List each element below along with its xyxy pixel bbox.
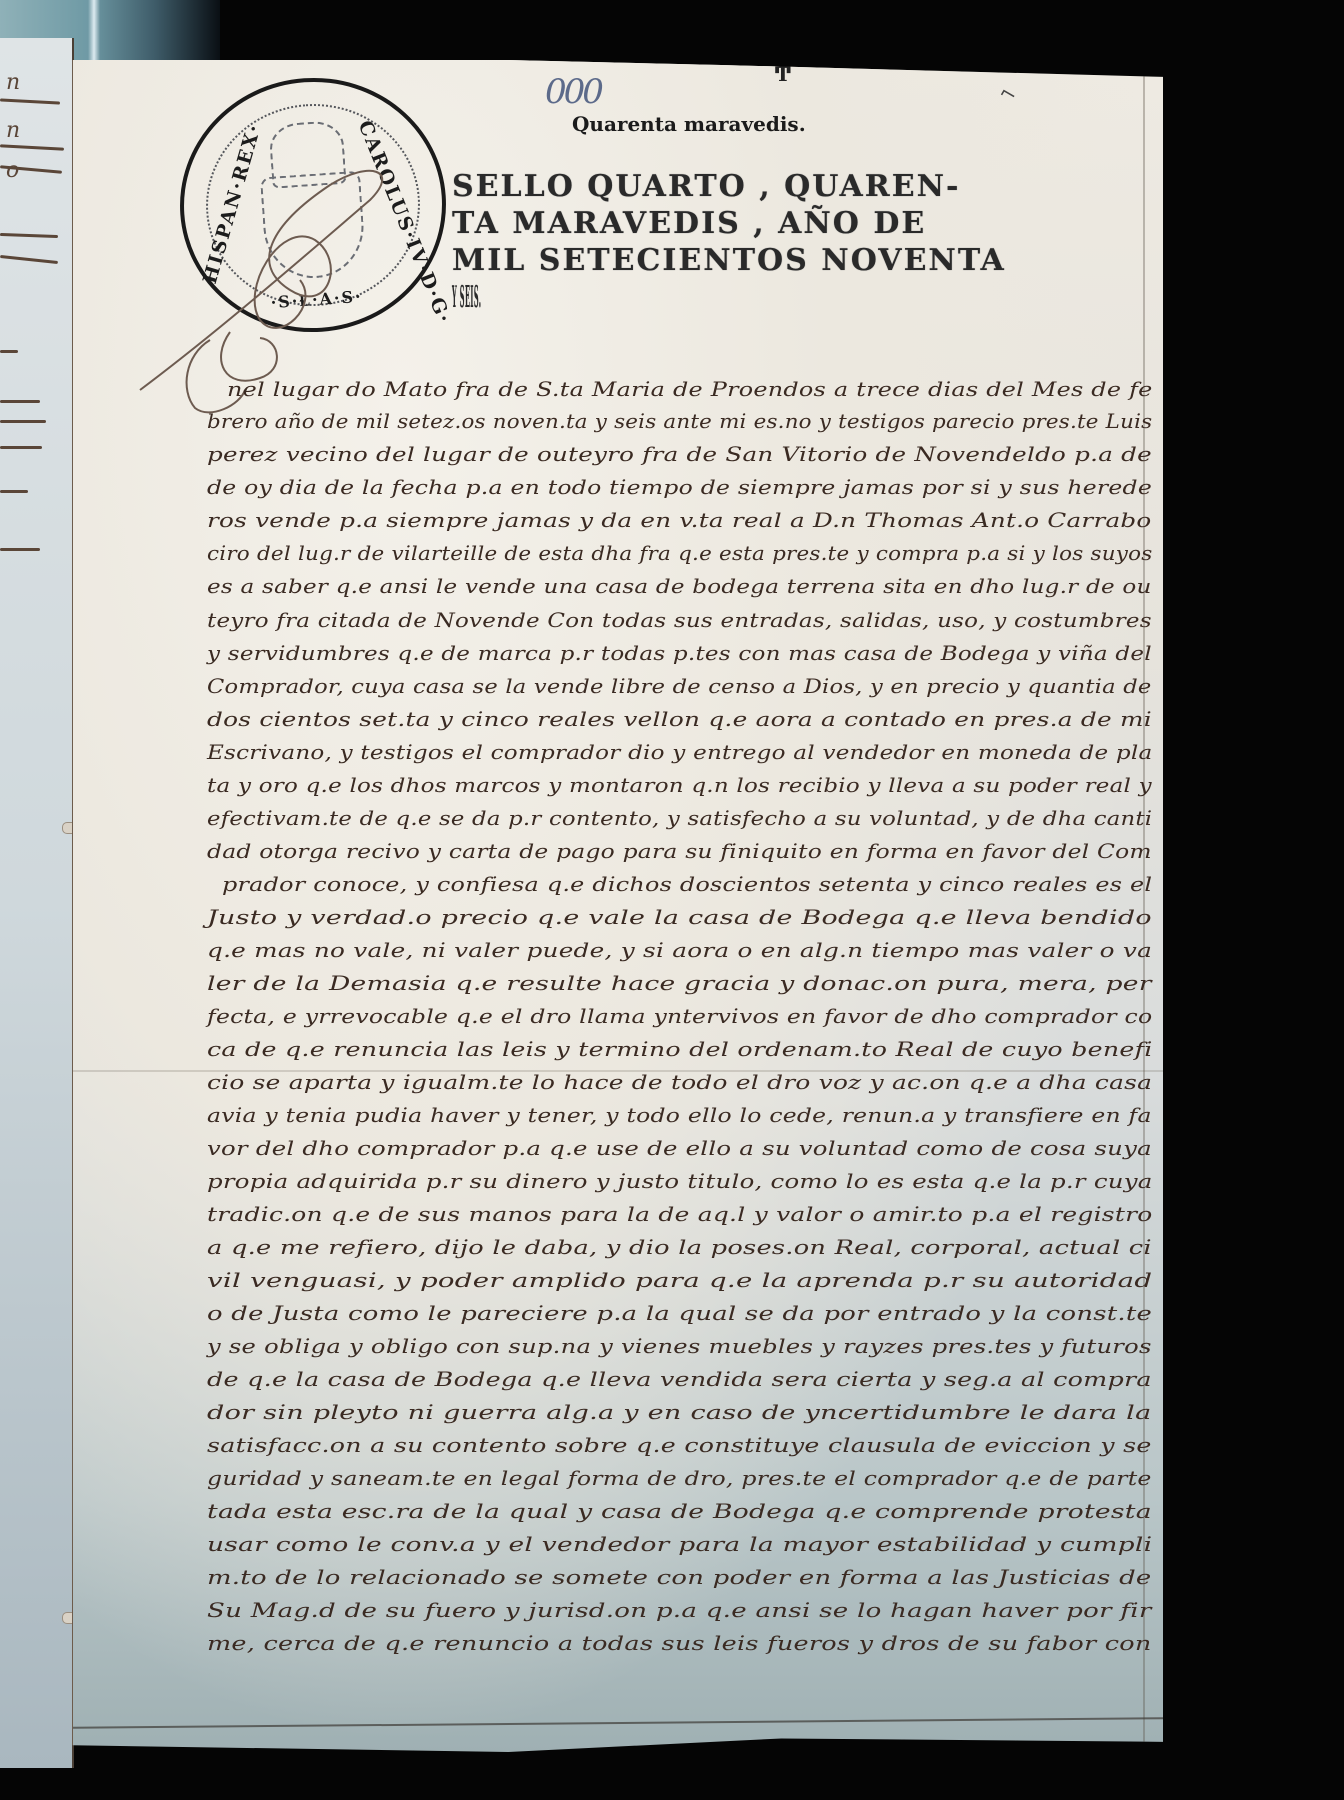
- manuscript-line: ciro del lug.r de vilarteille de esta dh…: [207, 542, 1152, 565]
- back-page-script: o: [6, 158, 19, 183]
- manuscript-line: ler de la Demasia q.e resulte hace graci…: [207, 972, 1152, 995]
- manuscript-line: me, cerca de q.e renuncio a todas sus le…: [207, 1632, 1152, 1655]
- manuscript-line: y se obliga y obligo con sup.na y vienes…: [207, 1335, 1152, 1358]
- manuscript-line: o de Justa como le pareciere p.a la qual…: [207, 1302, 1152, 1325]
- manuscript-line: satisfacc.on a su contento sobre q.e con…: [207, 1434, 1152, 1457]
- manuscript-line: dad otorga recivo y carta de pago para s…: [207, 840, 1152, 863]
- seal-header-line: TA MARAVEDIS , AÑO DE: [452, 205, 1072, 242]
- manuscript-line: propia adquirida p.r su dinero y justo t…: [207, 1170, 1153, 1193]
- manuscript-line: efectivam.te de q.e se da p.r contento, …: [207, 807, 1152, 830]
- manuscript-line: Justo y verdad.o precio q.e vale la casa…: [207, 906, 1152, 929]
- back-page-stroke: [0, 446, 42, 449]
- manuscript-line: ta y oro q.e los dhos marcos y montaron …: [207, 774, 1152, 797]
- manuscript-line: m.to de lo relacionado se somete con pod…: [207, 1566, 1152, 1589]
- manuscript-line: vil venguasi, y poder amplido para q.e l…: [207, 1269, 1152, 1292]
- back-page-stroke: [0, 350, 18, 353]
- back-page-stroke: [0, 490, 28, 493]
- folio-number-pencil: 000: [545, 72, 601, 112]
- manuscript-line: ros vende p.a siempre jamas y da en v.ta…: [207, 509, 1152, 532]
- seal-header-line: Y SEIS.: [452, 279, 587, 316]
- back-page-stroke: [0, 144, 64, 150]
- seal-header-line: MIL SETECIENTOS NOVENTA: [452, 242, 1072, 279]
- manuscript-line: dos cientos set.ta y cinco reales vellon…: [207, 708, 1152, 731]
- manuscript-line: guridad y saneam.te en legal forma de dr…: [207, 1467, 1152, 1490]
- back-page-stroke: [0, 548, 40, 551]
- manuscript-line: fecta, e yrrevocable q.e el dro llama yn…: [207, 1005, 1152, 1028]
- manuscript-line: avia y tenia pudia haver y tener, y todo…: [207, 1104, 1152, 1127]
- back-page-stroke: [0, 420, 46, 423]
- manuscript-line: Su Mag.d de su fuero y jurisd.on p.a q.e…: [207, 1599, 1152, 1622]
- back-page-stroke: [0, 400, 40, 403]
- manuscript-line: brero año de mil setez.os noven.ta y sei…: [207, 410, 1152, 433]
- manuscript-line: es a saber q.e ansi le vende una casa de…: [207, 575, 1152, 598]
- back-page-stroke: [0, 255, 58, 264]
- back-page-script: n: [6, 118, 20, 143]
- previous-page-edge: n n o: [0, 38, 74, 1768]
- back-page-script: n: [6, 70, 20, 95]
- manuscript-line: a q.e me refiero, dijo le daba, y dio la…: [207, 1236, 1152, 1259]
- manuscript-line: usar como le conv.a y el vendedor para l…: [207, 1533, 1152, 1556]
- manuscript-line: Escrivano, y testigos el comprador dio y…: [207, 741, 1152, 764]
- manuscript-line: de q.e la casa de Bodega q.e lleva vendi…: [207, 1368, 1152, 1391]
- manuscript-line: q.e mas no vale, ni valer puede, y si ao…: [207, 939, 1152, 962]
- manuscript-line: Comprador, cuya casa se la vende libre d…: [207, 675, 1152, 698]
- manuscript-line: dor sin pleyto ni guerra alg.a y en caso…: [207, 1401, 1152, 1424]
- manuscript-line: prador conoce, y confiesa q.e dichos dos…: [222, 873, 1152, 896]
- back-page-stroke: [0, 233, 58, 238]
- seal-price-line: Quarenta maravedis.: [572, 112, 806, 136]
- manuscript-line: y servidumbres q.e de marca p.r todas p.…: [207, 642, 1152, 665]
- manuscript-line: nel lugar do Mato fra de S.ta Maria de P…: [227, 378, 1153, 401]
- manuscript-line: vor del dho comprador p.a q.e use de ell…: [207, 1137, 1152, 1160]
- manuscript-line: de oy dia de la fecha p.a en todo tiempo…: [207, 476, 1152, 499]
- header-mark: Ͳ: [775, 62, 791, 86]
- back-page-stroke: [0, 98, 60, 104]
- bottom-ruled-line: [73, 1717, 1163, 1729]
- seal-header-line: SELLO QUARTO , QUAREN-: [452, 168, 1072, 205]
- manuscript-line: tradic.on q.e de sus manos para la de aq…: [207, 1203, 1153, 1226]
- manuscript-line: tada esta esc.ra de la qual y casa de Bo…: [207, 1500, 1152, 1523]
- sealed-paper-header: SELLO QUARTO , QUAREN- TA MARAVEDIS , AÑ…: [452, 168, 1072, 316]
- manuscript-line: cio se aparta y igualm.te lo hace de tod…: [207, 1071, 1152, 1094]
- manuscript-line: perez vecino del lugar de outeyro fra de…: [207, 443, 1152, 466]
- manuscript-line: ca de q.e renuncia las leis y termino de…: [207, 1038, 1153, 1061]
- manuscript-line: teyro fra citada de Novende Con todas su…: [207, 609, 1152, 632]
